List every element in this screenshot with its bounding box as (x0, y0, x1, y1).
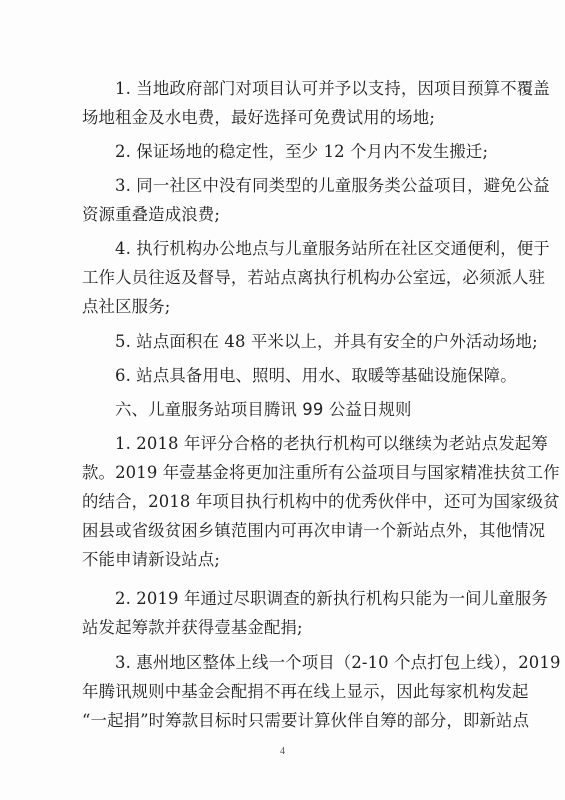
paragraph-line: 1. 2018 年评分合格的老执行机构可以继续为老站点发起筹 (115, 434, 455, 454)
paragraph-line: 资源重叠造成浪费; (82, 205, 454, 225)
paragraph-line: 场地租金及水电费，最好选择可免费试用的场地; (82, 108, 454, 128)
paragraph-line: “一起捐”时筹款目标时只需要计算伙伴自筹的部分，即新站点 (82, 711, 454, 731)
paragraph-line: 3. 惠州地区整体上线一个项目（2-10 个点打包上线），2019 (115, 653, 455, 673)
paragraph-line: 1. 当地政府部门对项目认可并予以支持，因项目预算不覆盖 (115, 79, 455, 99)
paragraph-line: 3. 同一社区中没有同类型的儿童服务类公益项目，避免公益 (115, 176, 455, 196)
paragraph-line: 站发起筹款并获得壹基金配捐; (82, 618, 454, 638)
paragraph-line: 工作人员往返及督导，若站点离执行机构办公室远，必须派人驻 (82, 268, 454, 288)
paragraph-line: 5. 站点面积在 48 平米以上，并具有安全的户外活动场地; (115, 332, 455, 352)
paragraph-line: 6. 站点具备用电、照明、用水、取暖等基础设施保障。 (115, 366, 455, 386)
paragraph-line: 不能申请新设站点; (82, 550, 454, 570)
paragraph-line: 2. 保证场地的稳定性，至少 12 个月内不发生搬迁; (115, 142, 455, 162)
paragraph-line: 点社区服务; (82, 297, 454, 317)
paragraph-line: 2. 2019 年通过尽职调查的新执行机构只能为一间儿童服务 (115, 589, 455, 609)
paragraph-line: 困县或省级贫困乡镇范围内可再次申请一个新站点外，其他情况 (82, 521, 454, 541)
paragraph-line: 的结合，2018 年项目执行机构中的优秀伙伴中，还可为国家级贫 (82, 492, 454, 512)
paragraph-line: 4. 执行机构办公地点与儿童服务站所在社区交通便利，便于 (115, 239, 455, 259)
page-number: 4 (0, 746, 565, 757)
section-heading: 六、儿童服务站项目腾讯 99 公益日规则 (115, 400, 455, 420)
paragraph-line: 年腾讯规则中基金会配捐不再在线上显示，因此每家机构发起 (82, 682, 454, 702)
paragraph-line: 款。2019 年壹基金将更加注重所有公益项目与国家精准扶贫工作 (82, 463, 454, 483)
document-page: 1. 当地政府部门对项目认可并予以支持，因项目预算不覆盖 场地租金及水电费，最好… (0, 0, 565, 800)
